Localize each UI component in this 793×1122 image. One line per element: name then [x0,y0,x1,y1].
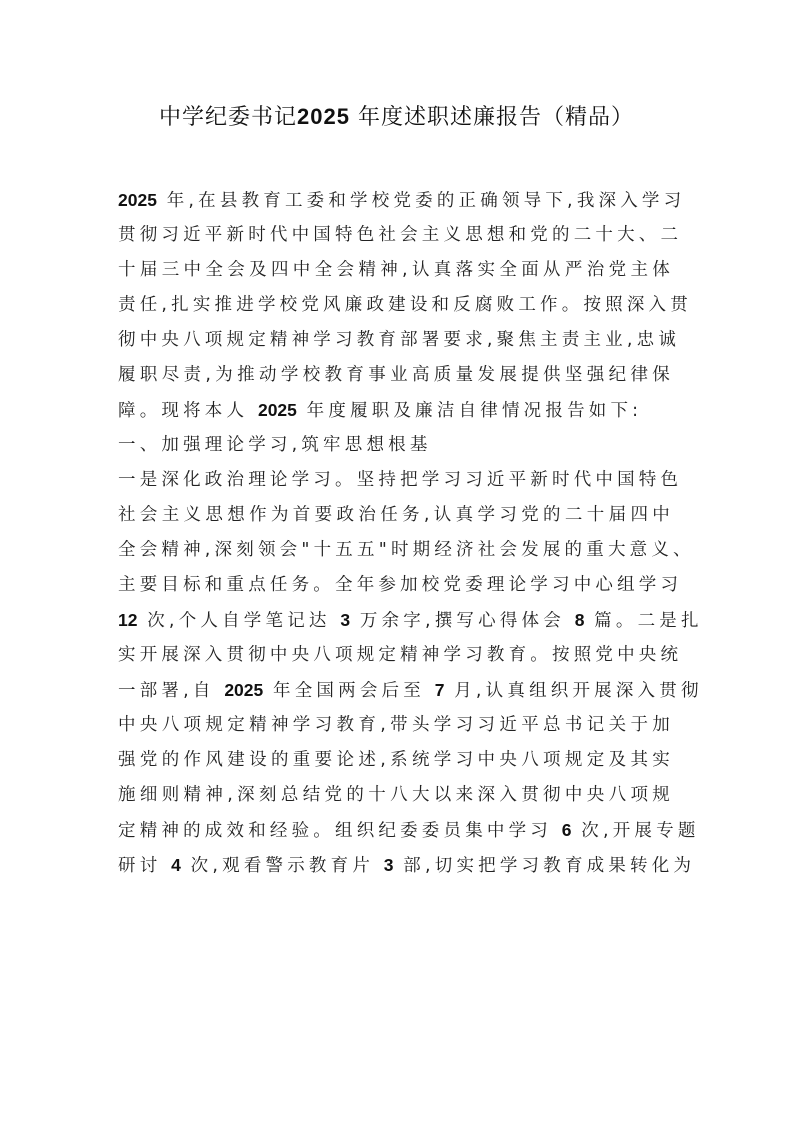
text-run: 十届三中全会及四中全会精神,认真落实全面从严治党主体 [118,260,674,280]
text-run: 实开展深入贯彻中央八项规定精神学习教育。按照党中央统 [118,645,682,665]
section-heading: 一、加强理论学习,筑牢思想根基 [118,428,674,463]
numeric-value: 2025 [118,190,157,210]
numeric-value: 6 [562,820,572,840]
title-year: 2025 [297,104,350,129]
paragraph-line: 施细则精神,深刻总结党的十八大以来深入贯彻中央八项规 [118,778,674,813]
paragraph-line: 2025 年,在县教育工委和学校党委的正确领导下,我深入学习 [118,183,674,218]
text-run: 年,在县教育工委和学校党委的正确领导下,我深入学习 [157,191,685,211]
text-run: 月,认真组织开展深入贯彻 [444,681,702,701]
numeric-value: 4 [171,855,181,875]
paragraph-line: 主要目标和重点任务。全年参加校党委理论学习中心组学习 [118,568,674,603]
numeric-value: 3 [340,610,350,630]
paragraph-line: 十届三中全会及四中全会精神,认真落实全面从严治党主体 [118,253,674,288]
numeric-value: 2025 [224,680,263,700]
text-run: 全会精神,深刻领会"十五五"时期经济社会发展的重大意义、 [118,540,695,560]
text-run: 研讨 [118,856,171,876]
text-run: 中央八项规定精神学习教育,带头学习习近平总书记关于加 [118,715,674,735]
text-run: 年度履职及廉洁自律情况报告如下: [297,401,642,421]
document-page: 中学纪委书记2025 年度述职述廉报告（精品） 2025 年,在县教育工委和学校… [0,0,793,1122]
text-run: 次,开展专题 [572,821,700,841]
numeric-value: 3 [384,855,394,875]
numeric-value: 2025 [258,400,297,420]
document-body: 2025 年,在县教育工委和学校党委的正确领导下,我深入学习贯彻习近平新时代中国… [118,183,674,883]
paragraph-line: 一部署,自 2025 年全国两会后至 7 月,认真组织开展深入贯彻 [118,673,674,708]
paragraph-line: 障。现将本人 2025 年度履职及廉洁自律情况报告如下: [118,393,674,428]
text-run: 次,个人自学笔记达 [137,611,340,631]
numeric-value: 12 [118,610,137,630]
text-run: 彻中央八项规定精神学习教育部署要求,聚焦主责主业,忠诚 [118,330,680,350]
paragraph-line: 贯彻习近平新时代中国特色社会主义思想和党的二十大、二 [118,218,674,253]
paragraph-line: 定精神的成效和经验。组织纪委委员集中学习 6 次,开展专题 [118,813,674,848]
text-run: 次,观看警示教育片 [181,856,384,876]
title-prefix: 中学纪委书记 [159,105,297,130]
paragraph-line: 一是深化政治理论学习。坚持把学习习近平新时代中国特色 [118,463,674,498]
text-run: 定精神的成效和经验。组织纪委委员集中学习 [118,821,562,841]
paragraph-line: 中央八项规定精神学习教育,带头学习习近平总书记关于加 [118,708,674,743]
text-run: 施细则精神,深刻总结党的十八大以来深入贯彻中央八项规 [118,785,674,805]
text-run: 篇。二是扎 [584,611,702,631]
text-run: 强党的作风建设的重要论述,系统学习中央八项规定及其实 [118,750,674,770]
text-run: 万余字,撰写心得体会 [350,611,575,631]
text-run: 一部署,自 [118,681,224,701]
text-run: 责任,扎实推进学校党风廉政建设和反腐败工作。按照深入贯 [118,295,692,315]
paragraph-line: 强党的作风建设的重要论述,系统学习中央八项规定及其实 [118,743,674,778]
paragraph-line: 全会精神,深刻领会"十五五"时期经济社会发展的重大意义、 [118,533,674,568]
text-run: 社会主义思想作为首要政治任务,认真学习党的二十届四中 [118,505,674,525]
text-run: 贯彻习近平新时代中国特色社会主义思想和党的二十大、二 [118,225,682,245]
paragraph-line: 实开展深入贯彻中央八项规定精神学习教育。按照党中央统 [118,638,674,673]
title-suffix: 年度述职述廉报告（精品） [350,105,634,130]
paragraph-line: 研讨 4 次,观看警示教育片 3 部,切实把学习教育成果转化为 [118,848,674,883]
paragraph-line: 责任,扎实推进学校党风廉政建设和反腐败工作。按照深入贯 [118,288,674,323]
text-run: 年全国两会后至 [263,681,434,701]
paragraph-line: 彻中央八项规定精神学习教育部署要求,聚焦主责主业,忠诚 [118,323,674,358]
numeric-value: 8 [575,610,585,630]
text-run: 主要目标和重点任务。全年参加校党委理论学习中心组学习 [118,575,682,595]
numeric-value: 7 [435,680,445,700]
text-run: 障。现将本人 [118,401,258,421]
text-run: 履职尽责,为推动学校教育事业高质量发展提供坚强纪律保 [118,365,674,385]
text-run: 一是深化政治理论学习。坚持把学习习近平新时代中国特色 [118,470,682,490]
document-title: 中学纪委书记2025 年度述职述廉报告（精品） [0,100,793,135]
text-run: 部,切实把学习教育成果转化为 [394,856,696,876]
text-run: 一、加强理论学习,筑牢思想根基 [118,435,432,455]
paragraph-line: 履职尽责,为推动学校教育事业高质量发展提供坚强纪律保 [118,358,674,393]
paragraph-line: 社会主义思想作为首要政治任务,认真学习党的二十届四中 [118,498,674,533]
paragraph-line: 12 次,个人自学笔记达 3 万余字,撰写心得体会 8 篇。二是扎 [118,603,674,638]
